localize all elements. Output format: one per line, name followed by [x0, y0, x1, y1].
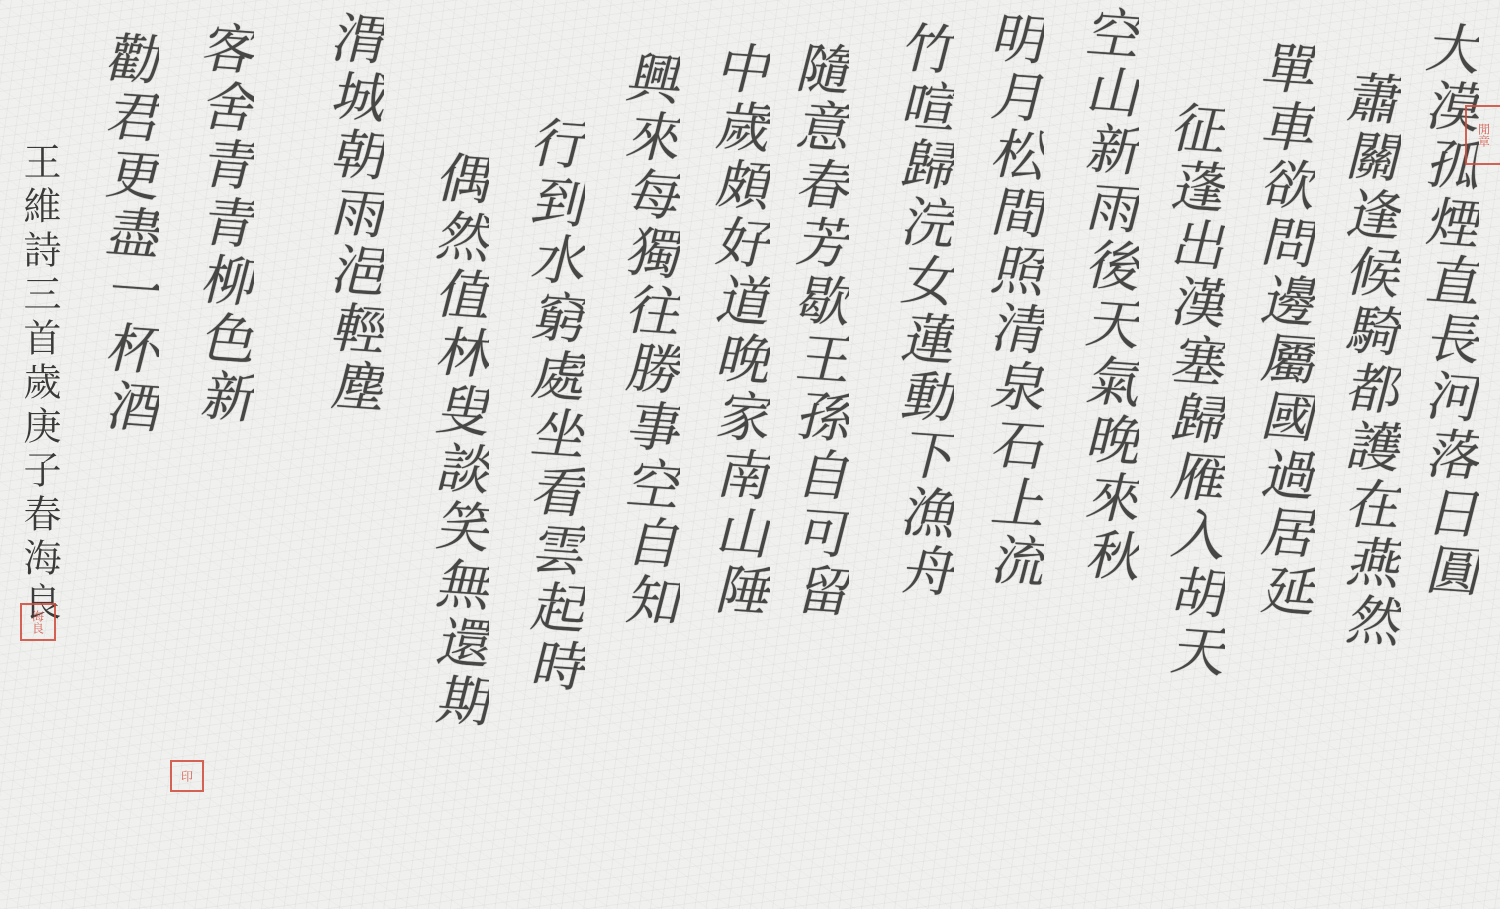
text-column-3: 單車欲問邊屬國過居延 [1255, 38, 1309, 622]
seal-signature: 海良 [20, 603, 56, 641]
text-column-5: 空山新雨後天氣晚來秋 [1080, 3, 1134, 587]
text-column-12: 偶然值林叟談笑無還期 [430, 148, 484, 732]
artist-inscription: 王維詩三首歲庚子春海良 [20, 142, 58, 626]
text-column-8: 隨意春芳歇王孫自可留 [790, 38, 844, 622]
text-column-9: 中歲頗好道晚家南山陲 [710, 38, 764, 622]
seal-lower-left: 印 [170, 760, 204, 792]
text-column-4: 征蓬出漢塞歸雁入胡天 [1165, 98, 1219, 682]
text-column-14: 客舍青青柳色新 [195, 18, 249, 428]
text-column-7: 竹喧歸浣女蓮動下漁舟 [895, 18, 949, 602]
text-column-11: 行到水窮處坐看雲起時 [525, 113, 579, 697]
text-column-13: 渭城朝雨浥輕塵 [325, 8, 379, 418]
text-column-2: 蕭關逢候騎都護在燕然 [1340, 68, 1394, 652]
seal-top-right: 閒章 [1465, 105, 1500, 165]
text-column-15: 勸君更盡一杯酒 [100, 28, 154, 438]
calligraphy-scroll: 大漠孤煙直長河落日圓 蕭關逢候騎都護在燕然 單車欲問邊屬國過居延 征蓬出漢塞歸雁… [0, 0, 1500, 909]
text-column-10: 興來每獨往勝事空自知 [620, 48, 674, 632]
text-column-6: 明月松間照清泉石上流 [985, 8, 1039, 592]
